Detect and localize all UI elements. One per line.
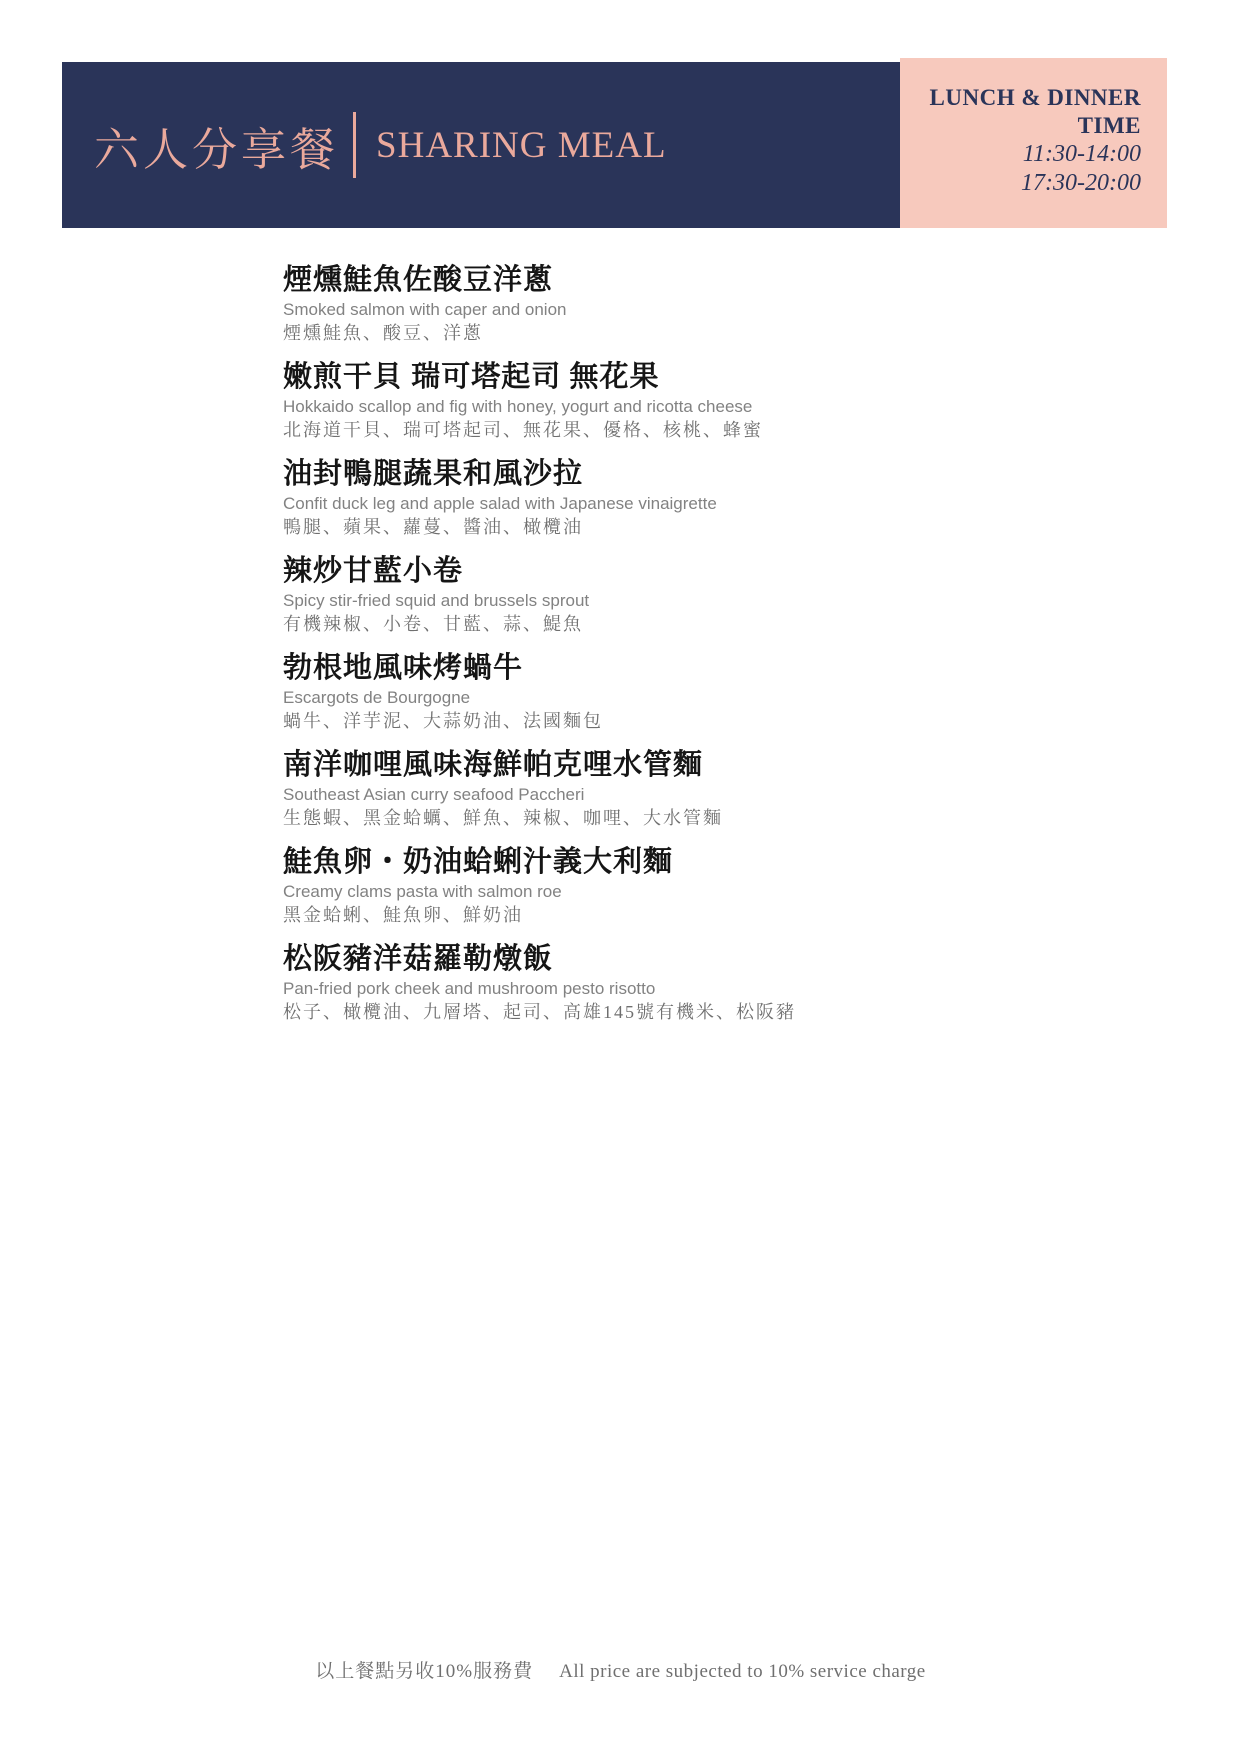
service-charge-note-zh: 以上餐點另收10%服務費 (315, 1661, 533, 1682)
page-title-zh: 六人分享餐 (94, 113, 339, 178)
menu-item: 南洋咖哩風味海鮮帕克哩水管麵 Southeast Asian curry sea… (283, 747, 983, 831)
dish-title-zh: 勃根地風味烤蝸牛 (283, 650, 983, 686)
dish-title-zh: 油封鴨腿蔬果和風沙拉 (283, 456, 983, 492)
dish-title-zh: 鮭魚卵・奶油蛤蜊汁義大利麵 (283, 844, 983, 880)
title-divider (353, 112, 356, 178)
service-time-box: LUNCH & DINNER TIME 11:30-14:00 17:30-20… (900, 58, 1167, 228)
page-title-en: SHARING MEAL (376, 124, 667, 167)
dish-ingredients-zh: 黑金蛤蜊、鮭魚卵、鮮奶油 (283, 903, 983, 928)
dish-ingredients-zh: 蝸牛、洋芋泥、大蒜奶油、法國麵包 (283, 709, 983, 734)
dinner-time: 17:30-20:00 (900, 169, 1141, 198)
dish-description-en: Smoked salmon with caper and onion (283, 298, 983, 321)
header-band: 六人分享餐 SHARING MEAL (62, 62, 900, 228)
dish-description-en: Spicy stir-fried squid and brussels spro… (283, 589, 983, 612)
dish-description-en: Pan-fried pork cheek and mushroom pesto … (283, 977, 983, 1000)
dish-ingredients-zh: 北海道干貝、瑞可塔起司、無花果、優格、核桃、蜂蜜 (283, 418, 983, 443)
time-box-line2: TIME (900, 112, 1141, 140)
menu-item: 辣炒甘藍小卷 Spicy stir-fried squid and brusse… (283, 553, 983, 637)
dish-title-zh: 松阪豬洋菇羅勒燉飯 (283, 941, 983, 977)
dish-description-en: Creamy clams pasta with salmon roe (283, 880, 983, 903)
dish-ingredients-zh: 松子、橄欖油、九層塔、起司、高雄145號有機米、松阪豬 (283, 1000, 983, 1025)
menu-item: 煙燻鮭魚佐酸豆洋蔥 Smoked salmon with caper and o… (283, 262, 983, 346)
dish-title-zh: 嫩煎干貝 瑞可塔起司 無花果 (283, 359, 983, 395)
time-box-line1: LUNCH & DINNER (900, 84, 1141, 112)
dish-description-en: Hokkaido scallop and fig with honey, yog… (283, 395, 983, 418)
menu-item: 油封鴨腿蔬果和風沙拉 Confit duck leg and apple sal… (283, 456, 983, 540)
menu-page: 六人分享餐 SHARING MEAL LUNCH & DINNER TIME 1… (0, 0, 1241, 1755)
dish-description-en: Southeast Asian curry seafood Paccheri (283, 783, 983, 806)
dish-ingredients-zh: 鴨腿、蘋果、蘿蔓、醬油、橄欖油 (283, 515, 983, 540)
menu-item: 勃根地風味烤蝸牛 Escargots de Bourgogne 蝸牛、洋芋泥、大… (283, 650, 983, 734)
service-charge-note-en: All price are subjected to 10% service c… (559, 1661, 926, 1682)
menu-item: 嫩煎干貝 瑞可塔起司 無花果 Hokkaido scallop and fig … (283, 359, 983, 443)
dish-ingredients-zh: 生態蝦、黑金蛤蠣、鮮魚、辣椒、咖哩、大水管麵 (283, 806, 983, 831)
dish-title-zh: 煙燻鮭魚佐酸豆洋蔥 (283, 262, 983, 298)
service-charge-note: 以上餐點另收10%服務費All price are subjected to 1… (0, 1656, 1241, 1683)
dish-description-en: Confit duck leg and apple salad with Jap… (283, 492, 983, 515)
dish-ingredients-zh: 煙燻鮭魚、酸豆、洋蔥 (283, 321, 983, 346)
lunch-time: 11:30-14:00 (900, 140, 1141, 169)
dish-ingredients-zh: 有機辣椒、小卷、甘藍、蒜、鯷魚 (283, 612, 983, 637)
menu-item: 松阪豬洋菇羅勒燉飯 Pan-fried pork cheek and mushr… (283, 941, 983, 1025)
dish-title-zh: 南洋咖哩風味海鮮帕克哩水管麵 (283, 747, 983, 783)
menu-list: 煙燻鮭魚佐酸豆洋蔥 Smoked salmon with caper and o… (283, 262, 983, 1038)
menu-item: 鮭魚卵・奶油蛤蜊汁義大利麵 Creamy clams pasta with sa… (283, 844, 983, 928)
dish-title-zh: 辣炒甘藍小卷 (283, 553, 983, 589)
dish-description-en: Escargots de Bourgogne (283, 686, 983, 709)
